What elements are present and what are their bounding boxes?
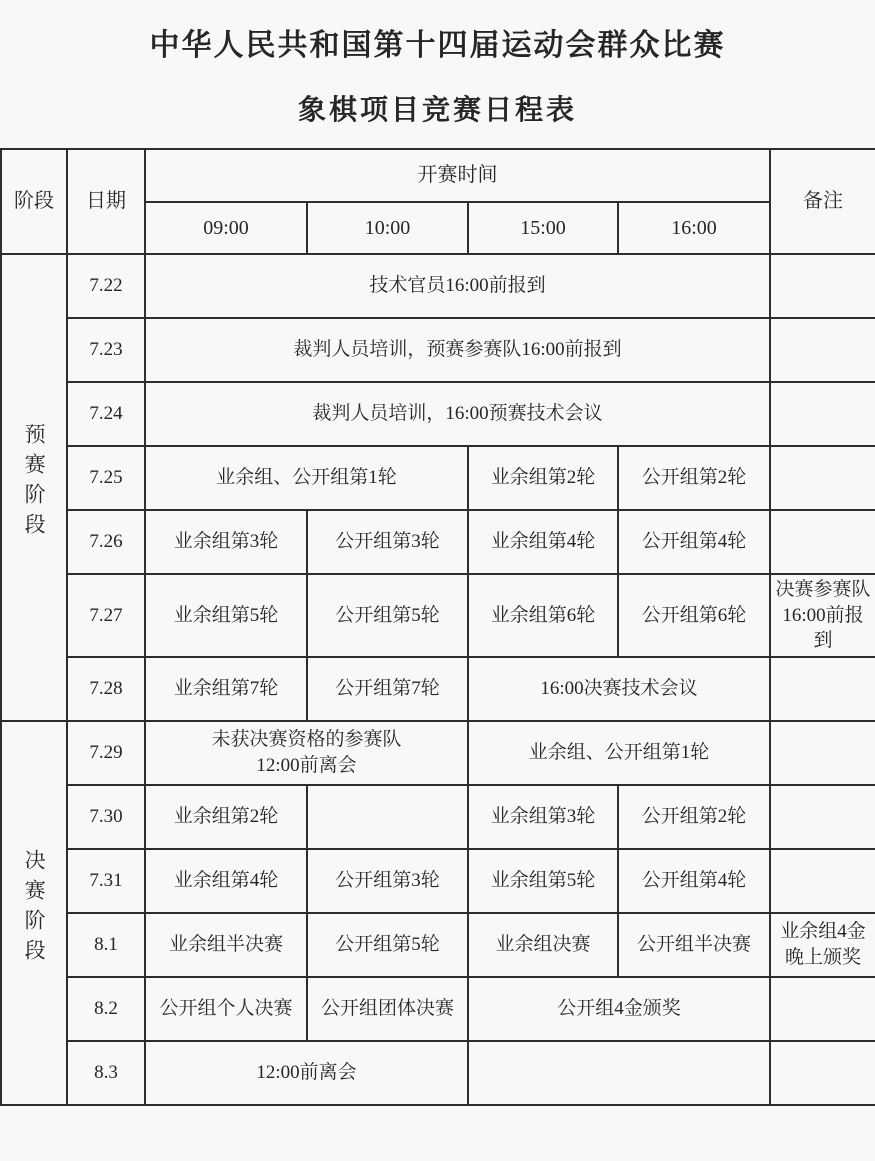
date-cell: 7.22	[67, 254, 145, 318]
schedule-row: 8.2公开组个人决赛公开组团体决赛公开组4金颁奖	[1, 977, 875, 1041]
event-cell: 业余组第4轮	[468, 510, 618, 574]
header-time-0900: 09:00	[145, 202, 307, 254]
event-cell: 公开组第6轮	[618, 574, 770, 657]
event-cell-empty	[468, 1041, 770, 1105]
date-cell: 7.29	[67, 721, 145, 785]
event-cell: 未获决赛资格的参赛队 12:00前离会	[145, 721, 468, 785]
remark-cell-empty	[770, 977, 875, 1041]
remark-cell-empty	[770, 446, 875, 510]
event-cell: 公开组第4轮	[618, 849, 770, 913]
date-cell: 7.27	[67, 574, 145, 657]
header-stage: 阶段	[1, 149, 67, 254]
event-cell: 公开组个人决赛	[145, 977, 307, 1041]
schedule-row: 8.312:00前离会	[1, 1041, 875, 1105]
date-cell: 8.2	[67, 977, 145, 1041]
event-cell: 业余组第5轮	[468, 849, 618, 913]
event-cell-empty	[307, 785, 468, 849]
date-cell: 7.24	[67, 382, 145, 446]
remark-cell-empty	[770, 785, 875, 849]
event-cell: 公开组第3轮	[307, 849, 468, 913]
remark-cell-empty	[770, 382, 875, 446]
event-cell: 公开组第5轮	[307, 913, 468, 977]
schedule-row: 7.26业余组第3轮公开组第3轮业余组第4轮公开组第4轮	[1, 510, 875, 574]
event-cell: 业余组第2轮	[468, 446, 618, 510]
schedule-row: 预赛阶段7.22技术官员16:00前报到	[1, 254, 875, 318]
event-cell: 公开组第7轮	[307, 657, 468, 721]
event-cell: 业余组第3轮	[145, 510, 307, 574]
page-title: 中华人民共和国第十四届运动会群众比赛	[0, 20, 875, 64]
schedule-row: 7.28业余组第7轮公开组第7轮16:00决赛技术会议	[1, 657, 875, 721]
header-time-1500: 15:00	[468, 202, 618, 254]
event-cell: 技术官员16:00前报到	[145, 254, 770, 318]
remark-cell-empty	[770, 510, 875, 574]
remark-cell-empty	[770, 318, 875, 382]
event-cell: 业余组、公开组第1轮	[145, 446, 468, 510]
event-cell: 16:00决赛技术会议	[468, 657, 770, 721]
event-cell: 裁判人员培训，16:00预赛技术会议	[145, 382, 770, 446]
header-remarks: 备注	[770, 149, 875, 254]
event-cell: 公开组第3轮	[307, 510, 468, 574]
remark-cell-empty	[770, 254, 875, 318]
event-cell: 业余组第6轮	[468, 574, 618, 657]
event-cell: 公开组团体决赛	[307, 977, 468, 1041]
header-time-1000: 10:00	[307, 202, 468, 254]
date-cell: 7.25	[67, 446, 145, 510]
event-cell: 公开组第4轮	[618, 510, 770, 574]
stage-cell-preliminary: 预赛阶段	[1, 254, 67, 721]
remark-cell: 业余组4金 晚上颁奖	[770, 913, 875, 977]
date-cell: 7.28	[67, 657, 145, 721]
event-cell: 业余组第5轮	[145, 574, 307, 657]
event-cell: 公开组第2轮	[618, 446, 770, 510]
date-cell: 7.26	[67, 510, 145, 574]
event-cell: 公开组第5轮	[307, 574, 468, 657]
header-time-1600: 16:00	[618, 202, 770, 254]
date-cell: 8.3	[67, 1041, 145, 1105]
schedule-row: 7.25业余组、公开组第1轮业余组第2轮公开组第2轮	[1, 446, 875, 510]
schedule-row: 决赛阶段7.29未获决赛资格的参赛队 12:00前离会业余组、公开组第1轮	[1, 721, 875, 785]
remark-cell: 决赛参赛队 16:00前报到	[770, 574, 875, 657]
date-cell: 7.31	[67, 849, 145, 913]
remark-cell-empty	[770, 1041, 875, 1105]
header-start-time: 开赛时间	[145, 149, 770, 202]
event-cell: 业余组第4轮	[145, 849, 307, 913]
schedule-row: 7.31业余组第4轮公开组第3轮业余组第5轮公开组第4轮	[1, 849, 875, 913]
date-cell: 7.23	[67, 318, 145, 382]
header-row-top: 阶段 日期 开赛时间 备注	[1, 149, 875, 202]
date-cell: 7.30	[67, 785, 145, 849]
event-cell: 12:00前离会	[145, 1041, 468, 1105]
date-cell: 8.1	[67, 913, 145, 977]
event-cell: 业余组第7轮	[145, 657, 307, 721]
schedule-row: 8.1业余组半决赛公开组第5轮业余组决赛公开组半决赛业余组4金 晚上颁奖	[1, 913, 875, 977]
event-cell: 公开组半决赛	[618, 913, 770, 977]
stage-label: 决赛阶段	[20, 849, 48, 969]
schedule-row: 7.30业余组第2轮业余组第3轮公开组第2轮	[1, 785, 875, 849]
stage-cell-final: 决赛阶段	[1, 721, 67, 1105]
remark-cell-empty	[770, 721, 875, 785]
event-cell: 业余组第3轮	[468, 785, 618, 849]
event-cell: 公开组第2轮	[618, 785, 770, 849]
stage-label: 预赛阶段	[20, 423, 48, 543]
remark-cell-empty	[770, 657, 875, 721]
schedule-table: 阶段 日期 开赛时间 备注 09:00 10:00 15:00 16:00 预赛…	[0, 148, 875, 1106]
remark-cell-empty	[770, 849, 875, 913]
event-cell: 业余组第2轮	[145, 785, 307, 849]
event-cell: 业余组半决赛	[145, 913, 307, 977]
schedule-row: 7.27业余组第5轮公开组第5轮业余组第6轮公开组第6轮决赛参赛队 16:00前…	[1, 574, 875, 657]
event-cell: 业余组、公开组第1轮	[468, 721, 770, 785]
event-cell: 裁判人员培训，预赛参赛队16:00前报到	[145, 318, 770, 382]
event-cell: 公开组4金颁奖	[468, 977, 770, 1041]
schedule-row: 7.24裁判人员培训，16:00预赛技术会议	[1, 382, 875, 446]
schedule-row: 7.23裁判人员培训，预赛参赛队16:00前报到	[1, 318, 875, 382]
page-subtitle: 象棋项目竞赛日程表	[0, 88, 875, 128]
header-date: 日期	[67, 149, 145, 254]
event-cell: 业余组决赛	[468, 913, 618, 977]
schedule-document: 中华人民共和国第十四届运动会群众比赛 象棋项目竞赛日程表 阶段 日期 开赛时间 …	[0, 0, 875, 1106]
